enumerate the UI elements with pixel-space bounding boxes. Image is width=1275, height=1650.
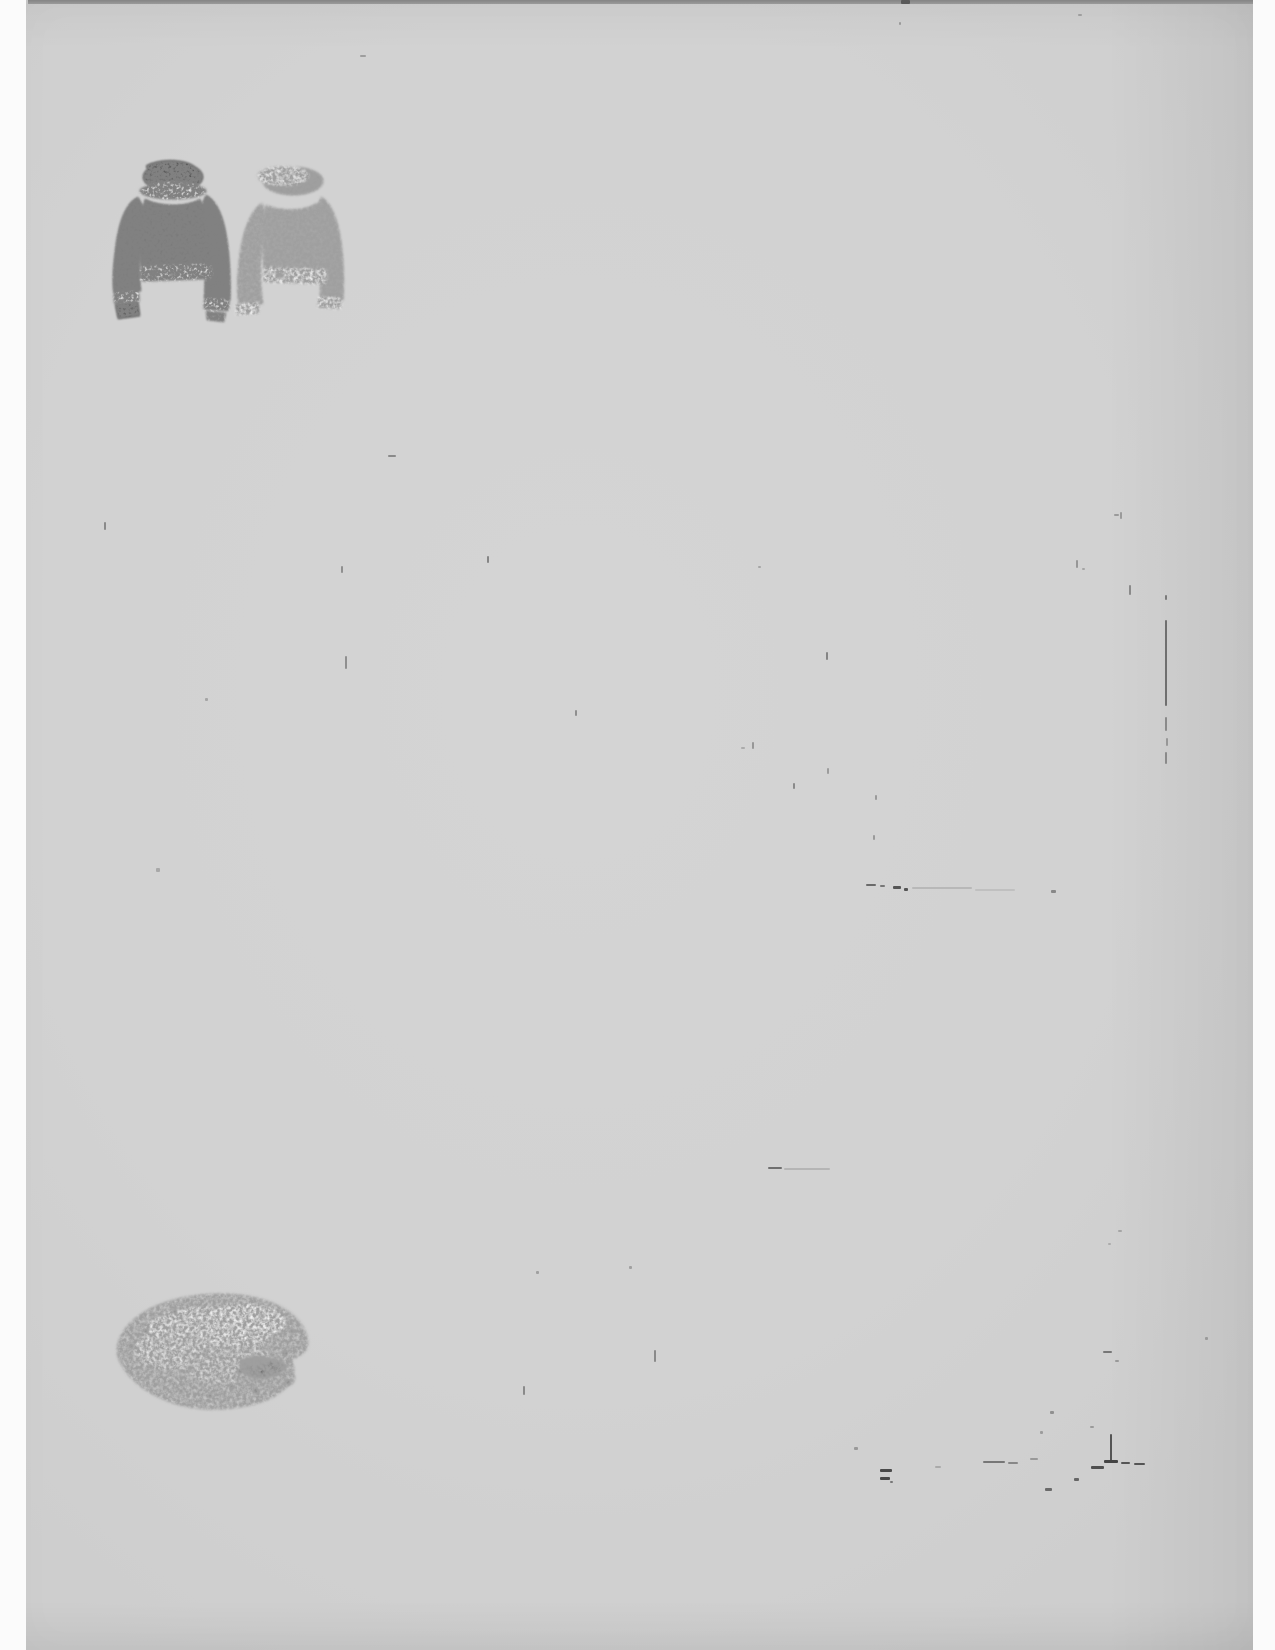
figures-layer <box>0 0 1275 1650</box>
scan-speck <box>1165 717 1167 731</box>
scan-speck <box>901 0 910 4</box>
scan-speck <box>1050 1411 1054 1414</box>
left-jacket <box>113 160 231 322</box>
scan-speck <box>784 1168 830 1170</box>
scan-speck <box>880 1477 890 1480</box>
scan-speck <box>104 522 106 530</box>
scan-speck <box>523 1386 525 1395</box>
scan-speck <box>1166 738 1168 746</box>
scan-speck <box>768 1167 782 1169</box>
scan-speck <box>826 652 828 660</box>
scan-speck <box>654 1350 656 1362</box>
scan-speck <box>1114 514 1119 516</box>
scan-speck <box>758 566 761 568</box>
scan-speck <box>1120 512 1122 519</box>
scan-speck <box>1165 620 1167 706</box>
jackets-photo <box>113 160 344 322</box>
scan-speck <box>1103 1351 1112 1353</box>
scan-speck <box>983 1461 1005 1463</box>
scan-speck <box>388 455 396 457</box>
scan-speck <box>1118 1230 1122 1232</box>
scan-speck <box>1110 1434 1112 1462</box>
scan-speck <box>575 710 577 716</box>
scan-speck <box>341 566 343 573</box>
scan-speck <box>1045 1488 1052 1491</box>
scan-speck <box>1165 595 1167 600</box>
scan-speck <box>904 888 908 891</box>
scan-speck <box>880 885 885 887</box>
scan-speck <box>1165 752 1167 764</box>
scan-speck <box>1205 1337 1208 1340</box>
scan-speck <box>629 1266 632 1269</box>
scan-speck <box>1082 568 1085 570</box>
scan-speck <box>893 886 901 889</box>
scan-speck <box>935 1466 941 1468</box>
scan-speck <box>345 656 347 669</box>
scan-speck <box>827 768 829 774</box>
scan-speck <box>880 1469 892 1472</box>
scan-speck <box>854 1447 858 1450</box>
scan-speck <box>912 887 972 889</box>
scan-speck <box>875 795 877 800</box>
scan-speck <box>1076 560 1078 568</box>
scan-speck <box>1078 14 1082 16</box>
scan-speck <box>873 835 875 840</box>
scan-speck <box>1115 1360 1119 1362</box>
scan-speck <box>1030 1458 1038 1460</box>
scan-speck <box>741 747 745 749</box>
scan-speck <box>1090 1426 1094 1428</box>
scan-speck <box>890 1481 893 1483</box>
scan-speck <box>487 556 489 563</box>
scan-speck <box>360 55 366 57</box>
right-jacket <box>235 166 344 316</box>
scan-speck <box>1074 1478 1079 1481</box>
scan-speck <box>1051 890 1056 893</box>
scan-speck <box>752 742 754 749</box>
scan-speck <box>1108 1243 1111 1245</box>
scan-speck <box>1040 1431 1043 1434</box>
scan-speck <box>1134 1463 1145 1465</box>
scanned-page <box>0 0 1275 1650</box>
scan-speck <box>536 1271 539 1274</box>
scan-speck <box>1121 1462 1130 1464</box>
scan-speck <box>156 868 160 872</box>
blob-photo <box>117 1294 309 1410</box>
scan-speck <box>1091 1466 1104 1469</box>
scan-speck <box>899 22 901 25</box>
scan-speck <box>1008 1462 1018 1464</box>
scan-speck <box>975 889 1015 891</box>
scan-speck <box>1129 585 1131 595</box>
scan-speck <box>866 884 876 886</box>
scan-speck <box>205 698 208 701</box>
scan-speck <box>1104 1460 1118 1463</box>
scan-speck <box>793 783 795 789</box>
